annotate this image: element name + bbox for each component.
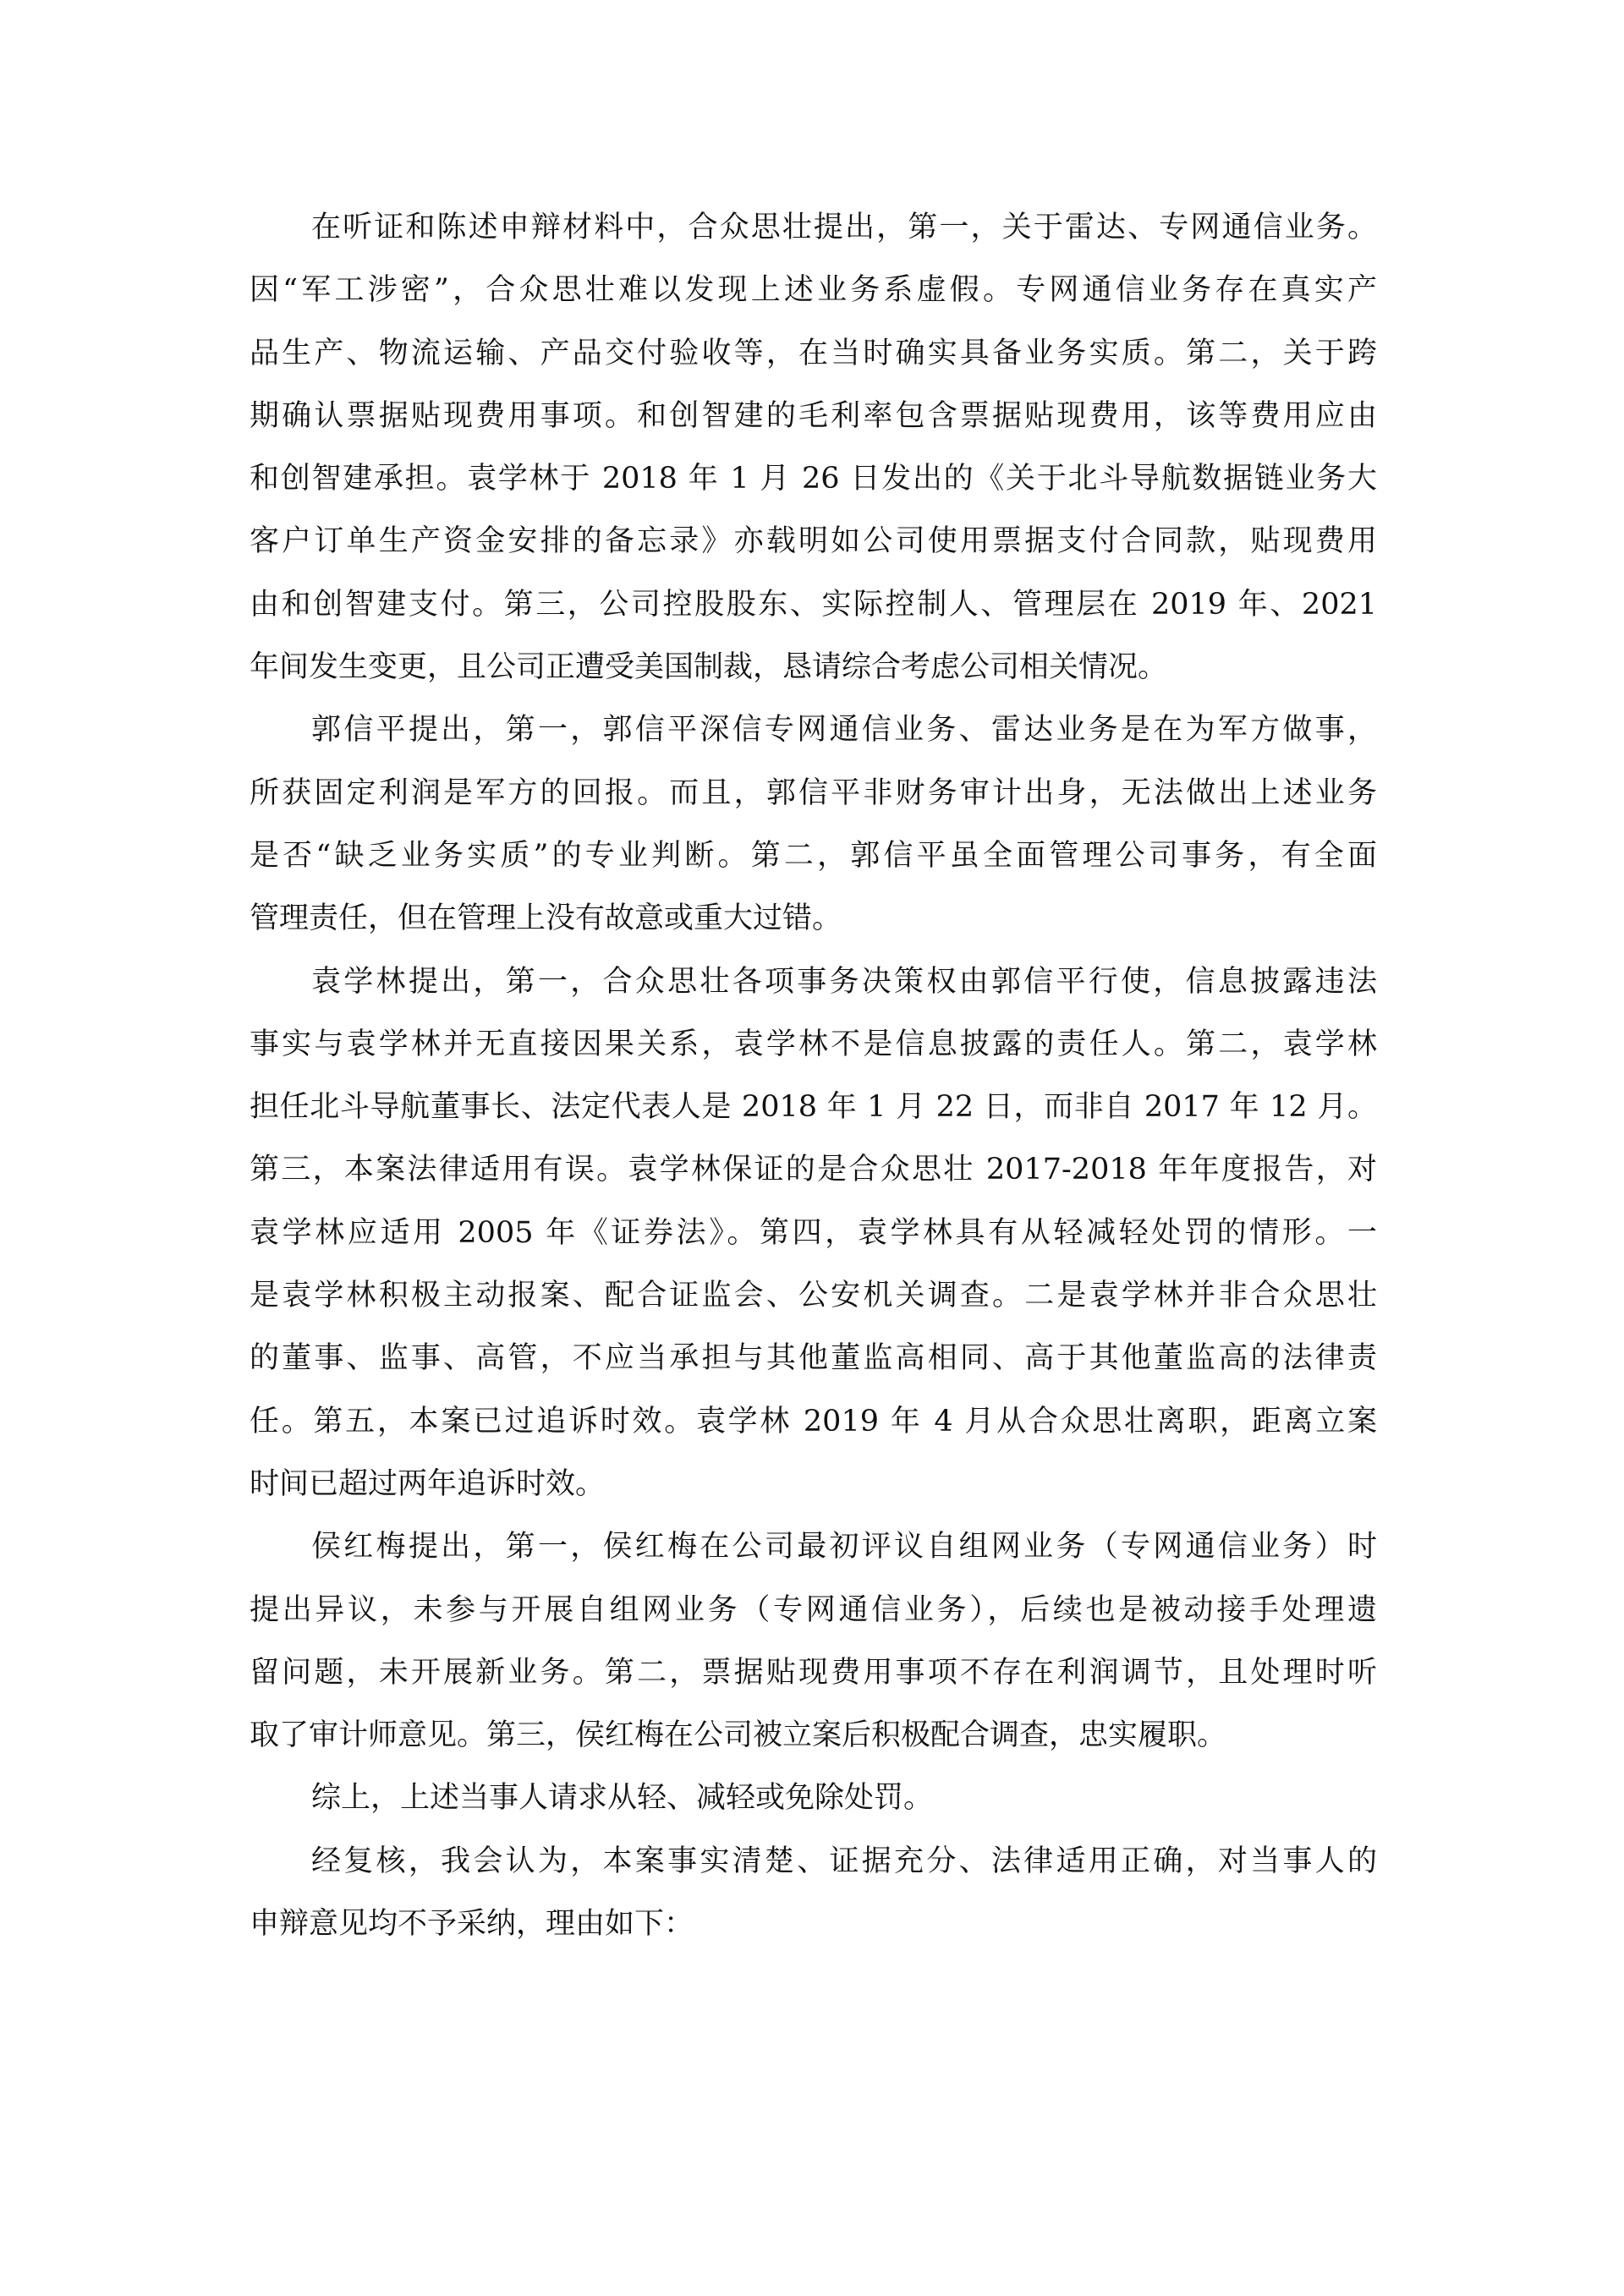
paragraph-line: 品生产、物流运输、产品交付验收等，在当时确实具备业务实质。第二，关于跨: [250, 332, 1377, 395]
paragraph-line: 任。第五，本案已过追诉时效。袁学林 2019 年 4 月从合众思壮离职，距离立案: [250, 1400, 1377, 1463]
paragraph-company-defense: 在听证和陈述申辩材料中，合众思壮提出，第一，关于雷达、专网通信业务。 因“军工涉…: [250, 206, 1377, 709]
paragraph-line: 事实与袁学林并无直接因果关系，袁学林不是信息披露的责任人。第二，袁学林: [250, 1023, 1377, 1086]
paragraph-line: 是否“缺乏业务实质”的专业判断。第二，郭信平虽全面管理公司事务，有全面: [250, 835, 1377, 897]
paragraph-line: 申辩意见均不予采纳，理由如下：: [250, 1903, 1377, 1965]
paragraph-line: 时间已超过两年追诉时效。: [250, 1463, 1377, 1526]
paragraph-line: 提出异议，未参与开展自组网业务（专网通信业务），后续也是被动接手处理遗: [250, 1589, 1377, 1652]
paragraph-line: 客户订单生产资金安排的备忘录》亦载明如公司使用票据支付合同款，贴现费用: [250, 520, 1377, 583]
paragraph-line: 因“军工涉密”，合众思壮难以发现上述业务系虚假。专网通信业务存在真实产: [250, 269, 1377, 332]
paragraph-line: 是袁学林积极主动报案、配合证监会、公安机关调查。二是袁学林并非合众思壮: [250, 1274, 1377, 1337]
paragraph-line: 取了审计师意见。第三，侯红梅在公司被立案后积极配合调查，忠实履职。: [250, 1714, 1377, 1777]
paragraph-hou-hongmei-defense: 侯红梅提出，第一，侯红梅在公司最初评议自组网业务（专网通信业务）时 提出异议，未…: [250, 1526, 1377, 1777]
paragraph-line: 经复核，我会认为，本案事实清楚、证据充分、法律适用正确，对当事人的: [250, 1840, 1377, 1903]
paragraph-guo-xinping-defense: 郭信平提出，第一，郭信平深信专网通信业务、雷达业务是在为军方做事， 所获固定利润…: [250, 709, 1377, 960]
paragraph-line: 郭信平提出，第一，郭信平深信专网通信业务、雷达业务是在为军方做事，: [250, 709, 1377, 771]
paragraph-line: 第三，本案法律适用有误。袁学林保证的是合众思壮 2017-2018 年年度报告，…: [250, 1148, 1377, 1211]
paragraph-line: 的董事、监事、高管，不应当承担与其他董监高相同、高于其他董监高的法律责: [250, 1337, 1377, 1400]
paragraph-line: 袁学林提出，第一，合众思壮各项事务决策权由郭信平行使，信息披露违法: [250, 961, 1377, 1023]
paragraph-yuan-xuelin-defense: 袁学林提出，第一，合众思壮各项事务决策权由郭信平行使，信息披露违法 事实与袁学林…: [250, 961, 1377, 1526]
paragraph-line: 管理责任，但在管理上没有故意或重大过错。: [250, 897, 1377, 960]
paragraph-line: 所获固定利润是军方的回报。而且，郭信平非财务审计出身，无法做出上述业务: [250, 772, 1377, 835]
paragraph-line: 由和创智建支付。第三，公司控股股东、实际控制人、管理层在 2019 年、2021: [250, 584, 1377, 646]
paragraph-line: 侯红梅提出，第一，侯红梅在公司最初评议自组网业务（专网通信业务）时: [250, 1526, 1377, 1588]
paragraph-line: 担任北斗导航董事长、法定代表人是 2018 年 1 月 22 日，而非自 201…: [250, 1086, 1377, 1148]
paragraph-line: 年间发生变更，且公司正遭受美国制裁，恳请综合考虑公司相关情况。: [250, 646, 1377, 709]
paragraph-line: 和创智建承担。袁学林于 2018 年 1 月 26 日发出的《关于北斗导航数据链…: [250, 458, 1377, 520]
document-page: 在听证和陈述申辩材料中，合众思壮提出，第一，关于雷达、专网通信业务。 因“军工涉…: [0, 0, 1624, 2296]
paragraph-line: 期确认票据贴现费用事项。和创智建的毛利率包含票据贴现费用，该等费用应由: [250, 395, 1377, 458]
paragraph-line: 留问题，未开展新业务。第二，票据贴现费用事项不存在利润调节，且处理时听: [250, 1652, 1377, 1714]
paragraph-review-conclusion: 经复核，我会认为，本案事实清楚、证据充分、法律适用正确，对当事人的 申辩意见均不…: [250, 1840, 1377, 1966]
document-body: 在听证和陈述申辩材料中，合众思壮提出，第一，关于雷达、专网通信业务。 因“军工涉…: [250, 206, 1377, 1965]
paragraph-line: 在听证和陈述申辩材料中，合众思壮提出，第一，关于雷达、专网通信业务。: [250, 206, 1377, 269]
paragraph-line: 综上，上述当事人请求从轻、减轻或免除处罚。: [250, 1777, 1377, 1839]
paragraph-summary-request: 综上，上述当事人请求从轻、减轻或免除处罚。: [250, 1777, 1377, 1839]
paragraph-line: 袁学林应适用 2005 年《证券法》。第四，袁学林具有从轻减轻处罚的情形。一: [250, 1212, 1377, 1274]
